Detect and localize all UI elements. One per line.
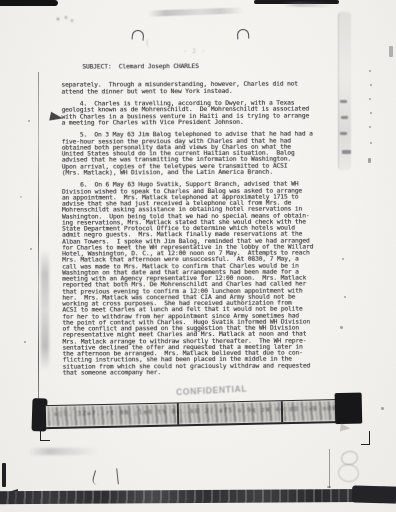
hole-punch-icon <box>132 29 145 40</box>
speck <box>28 120 30 122</box>
paragraph: separately. Through a misunderstanding, … <box>61 82 345 96</box>
hole-punch-icon <box>237 29 250 40</box>
paragraph: 4. Charles is travelling, according to D… <box>61 100 345 126</box>
speck <box>24 341 26 343</box>
speck <box>369 98 371 100</box>
speck <box>370 112 372 114</box>
photocopy-edge-smudge <box>41 250 49 370</box>
pencil-scribble <box>148 7 244 16</box>
crop-corner-mark <box>361 431 370 445</box>
page-number: - 2 - <box>183 48 206 55</box>
speck <box>327 486 331 488</box>
subject-line: SUBJECT: Clemard Joseph CHARLES <box>61 63 345 70</box>
speck <box>381 407 384 410</box>
paragraph: 6. On 6 May 63 Hugo Svatik, Support Bran… <box>62 182 347 377</box>
speck <box>30 248 32 250</box>
speck <box>370 142 372 144</box>
pen-line-mark <box>329 449 330 488</box>
text-line: attend the dinner but went to New York i… <box>61 88 345 95</box>
illegible-table-row: x|l. 3Zw7..rt 9N ;le0 t% 8c..kE 2| aT5 u… <box>36 395 359 432</box>
paragraph: 5. On 3 May 63 Jim Balog telephoned to a… <box>62 132 346 177</box>
speck <box>370 84 372 86</box>
crop-corner-mark <box>40 428 50 441</box>
speck <box>368 158 371 163</box>
scanned-document-page: ( - 2 - SUBJECT: Clemard Joseph CHARLES … <box>0 0 396 512</box>
pencil-note: ( <box>145 38 149 47</box>
ink-blob <box>335 393 363 425</box>
speck <box>20 196 22 198</box>
pen-hook-mark <box>116 468 126 485</box>
text-line: (Mrs. Matlack), WH Division, and the Lat… <box>62 169 346 176</box>
photocopy-edge-line <box>38 72 39 428</box>
pencil-scribble <box>283 2 335 8</box>
ink-blob <box>352 485 396 503</box>
scan-bar-icon <box>0 0 58 6</box>
pen-hook-mark <box>91 470 102 485</box>
text-line: that someone accompany her. <box>63 369 347 376</box>
scan-bar-icon <box>2 463 6 487</box>
speck <box>369 126 371 128</box>
bottom-noise-strip <box>0 489 396 504</box>
pencil-specks <box>54 15 74 23</box>
pen-circle-scribble <box>337 463 360 484</box>
edge-mark <box>389 46 393 57</box>
confidential-stamp: CONFIDENTIAL <box>176 383 248 398</box>
speck <box>369 70 371 72</box>
arrow-mark <box>340 423 351 432</box>
typewritten-text-block: SUBJECT: Clemard Joseph CHARLES separate… <box>61 63 346 376</box>
text-line: a meeting for Charles with Vice Presiden… <box>62 119 346 126</box>
table-row-frame: x|l. 3Zw7..rt 9N ;le0 t% 8c..kE 2| aT5 u… <box>46 399 354 429</box>
smudge-streak <box>28 448 98 455</box>
